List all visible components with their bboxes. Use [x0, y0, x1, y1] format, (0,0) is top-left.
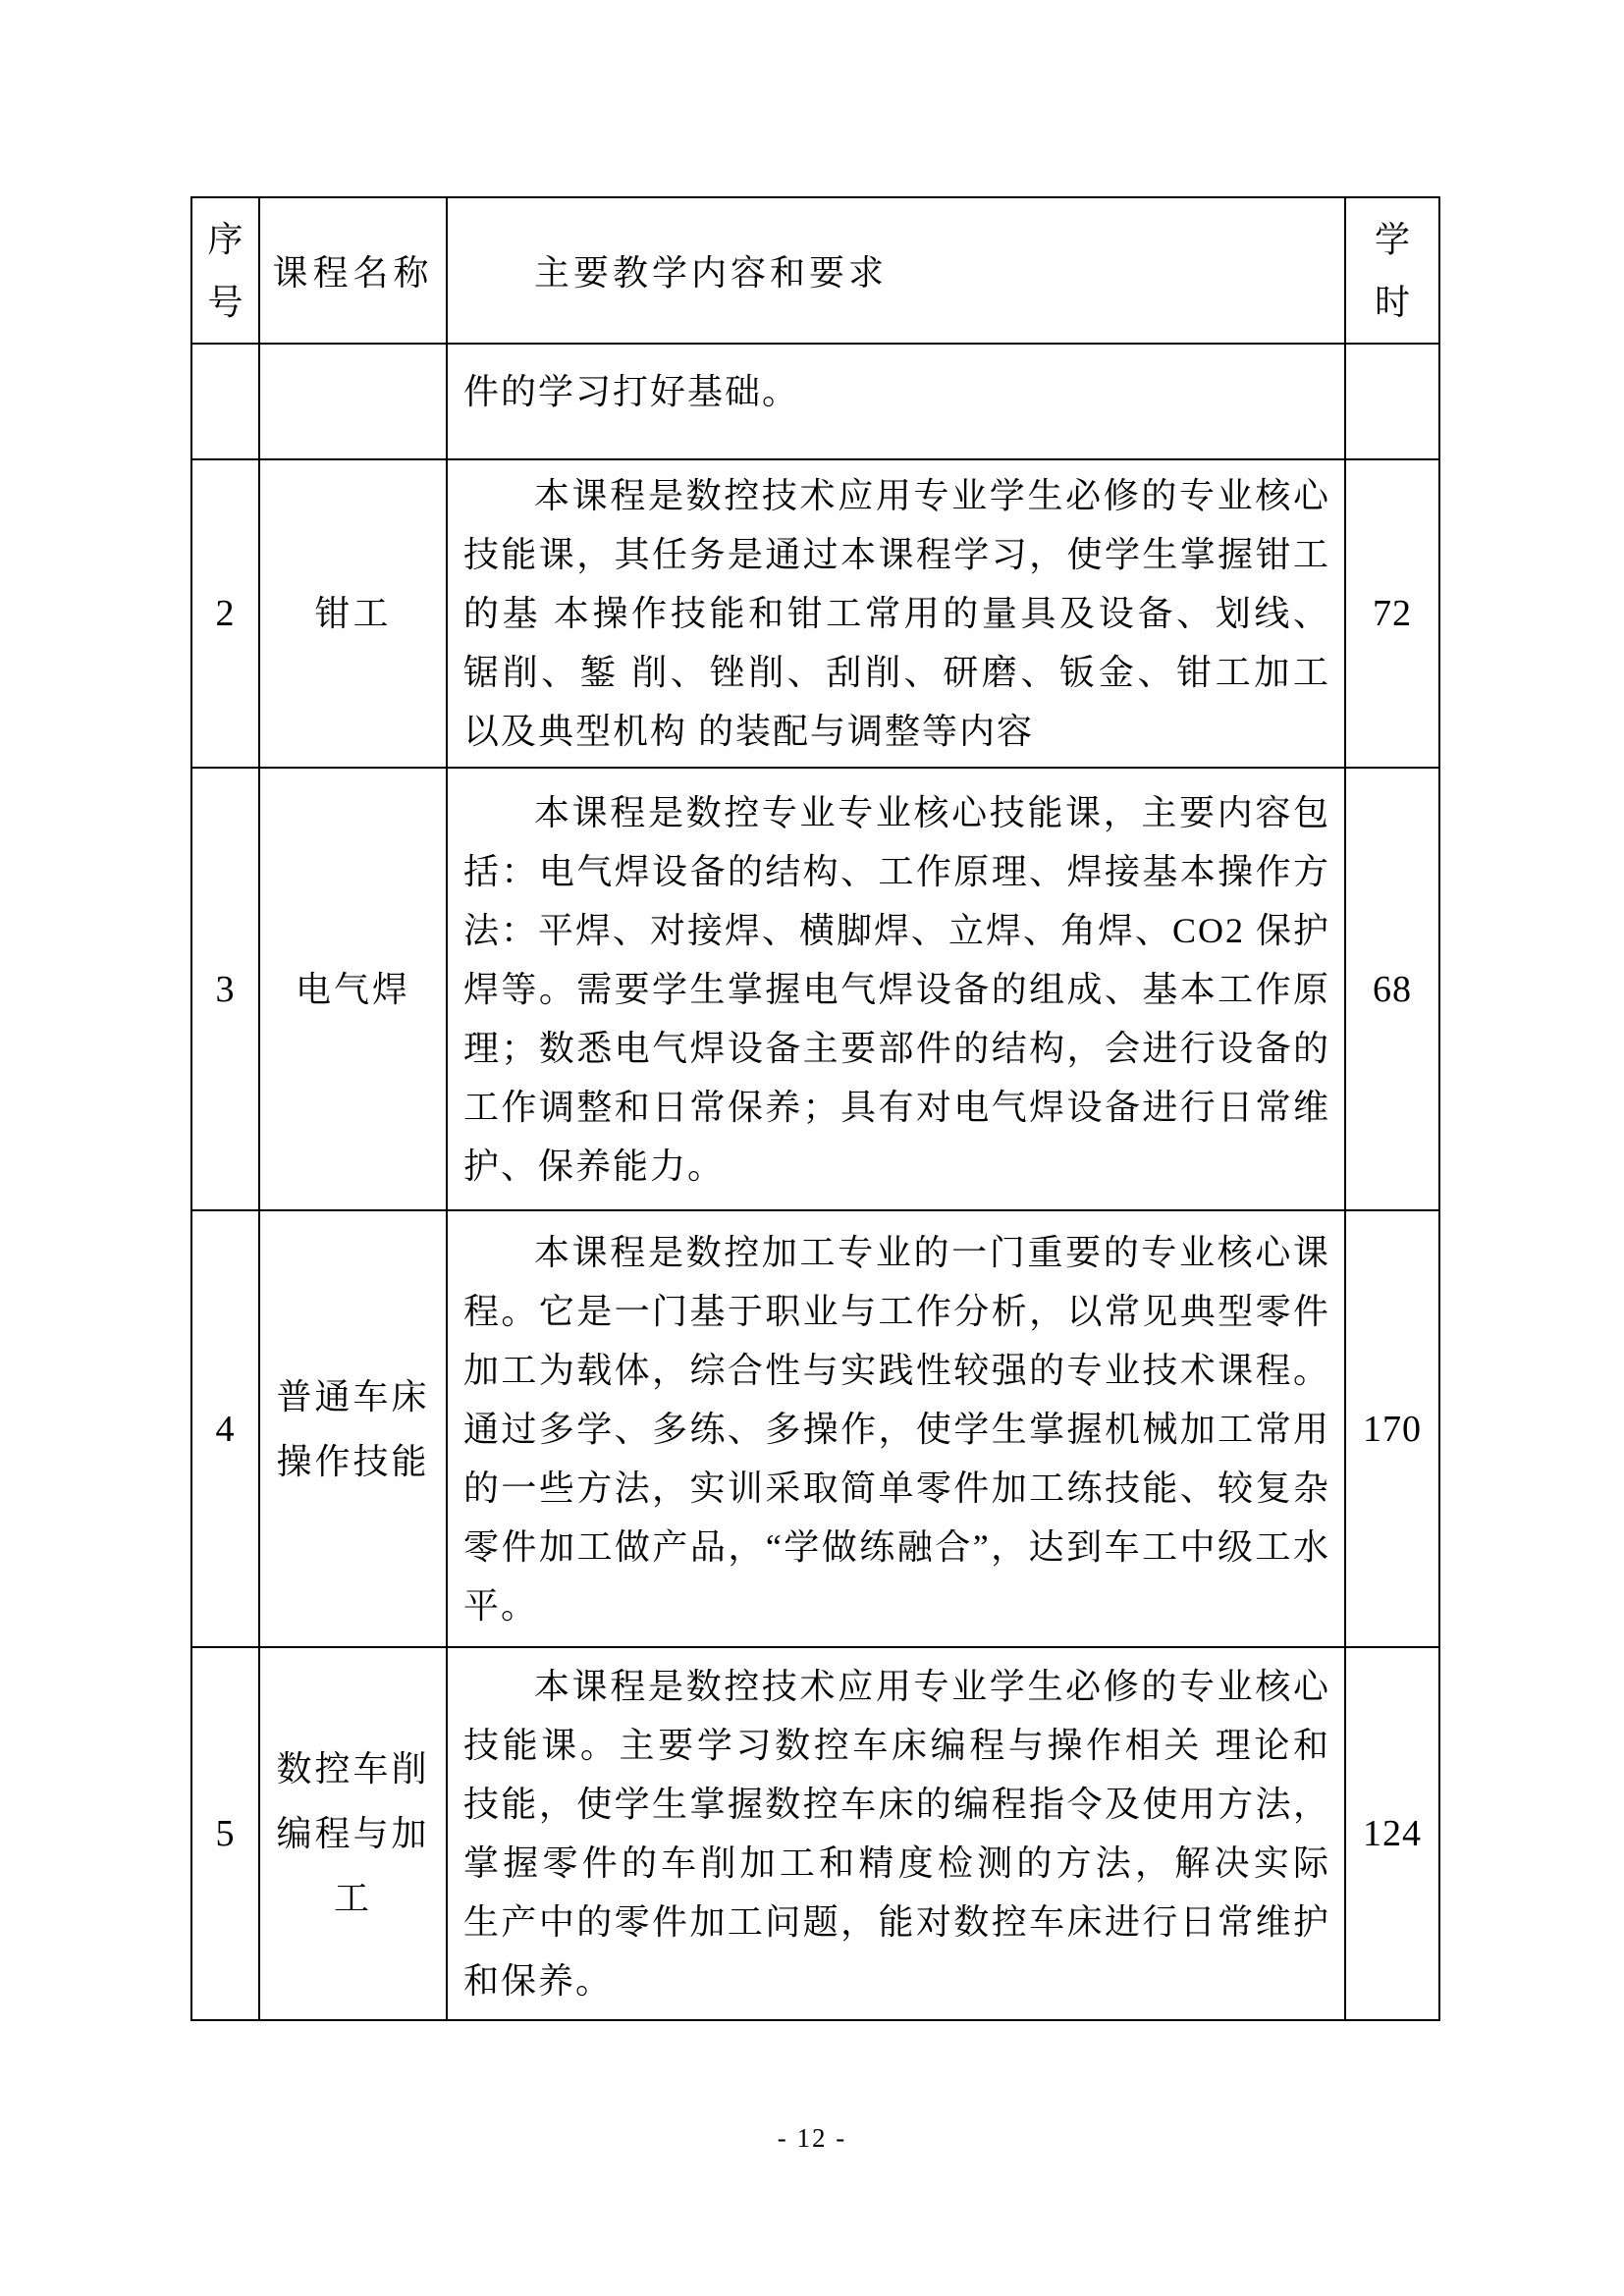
header-hours-cell: 学时 [1345, 197, 1439, 344]
row-index: 2 [191, 459, 259, 768]
course-name: 普通车床操作技能 [259, 1210, 447, 1647]
course-name: 钳工 [259, 459, 447, 768]
course-hours [1345, 344, 1439, 459]
table-row-2: 2 钳工 本课程是数控技术应用专业学生必修的专业核心技能课，其任务是通过本课程学… [191, 459, 1439, 768]
course-name: 数控车削编程与加工 [259, 1647, 447, 2020]
course-hours: 68 [1345, 768, 1439, 1210]
table-row-5: 5 数控车削编程与加工 本课程是数控技术应用专业学生必修的专业核心技能课。主要学… [191, 1647, 1439, 2020]
course-description: 本课程是数控加工专业的一门重要的专业核心课程。它是一门基于职业与工作分析，以常见… [447, 1210, 1345, 1647]
course-hours: 72 [1345, 459, 1439, 768]
page-number: - 12 - [0, 2123, 1624, 2154]
document-page: 序号 课程名称 主要教学内容和要求 学时 件的学习打好基础。 2 钳工 本课程是… [0, 0, 1624, 2296]
header-course-name: 课程名称 [259, 197, 447, 344]
row-index: 5 [191, 1647, 259, 2020]
table-header-row: 序号 课程名称 主要教学内容和要求 学时 [191, 197, 1439, 344]
row-index: 4 [191, 1210, 259, 1647]
row-index [191, 344, 259, 459]
table-row-continuation: 件的学习打好基础。 [191, 344, 1439, 459]
course-description: 件的学习打好基础。 [447, 344, 1345, 459]
header-content: 主要教学内容和要求 [447, 197, 1345, 344]
course-name [259, 344, 447, 459]
header-hours-label: 学时 [1373, 208, 1412, 334]
header-index-cell: 序号 [191, 197, 259, 344]
header-index-label: 序号 [206, 208, 245, 334]
course-hours: 124 [1345, 1647, 1439, 2020]
course-description: 本课程是数控专业专业核心技能课，主要内容包括：电气焊设备的结构、工作原理、焊接基… [447, 768, 1345, 1210]
table-row-4: 4 普通车床操作技能 本课程是数控加工专业的一门重要的专业核心课程。它是一门基于… [191, 1210, 1439, 1647]
course-description: 本课程是数控技术应用专业学生必修的专业核心技能课。主要学习数控车床编程与操作相关… [447, 1647, 1345, 2020]
course-hours: 170 [1345, 1210, 1439, 1647]
table-row-3: 3 电气焊 本课程是数控专业专业核心技能课，主要内容包括：电气焊设备的结构、工作… [191, 768, 1439, 1210]
course-table: 序号 课程名称 主要教学内容和要求 学时 件的学习打好基础。 2 钳工 本课程是… [190, 196, 1440, 2021]
row-index: 3 [191, 768, 259, 1210]
course-name: 电气焊 [259, 768, 447, 1210]
course-description: 本课程是数控技术应用专业学生必修的专业核心技能课，其任务是通过本课程学习，使学生… [447, 459, 1345, 768]
